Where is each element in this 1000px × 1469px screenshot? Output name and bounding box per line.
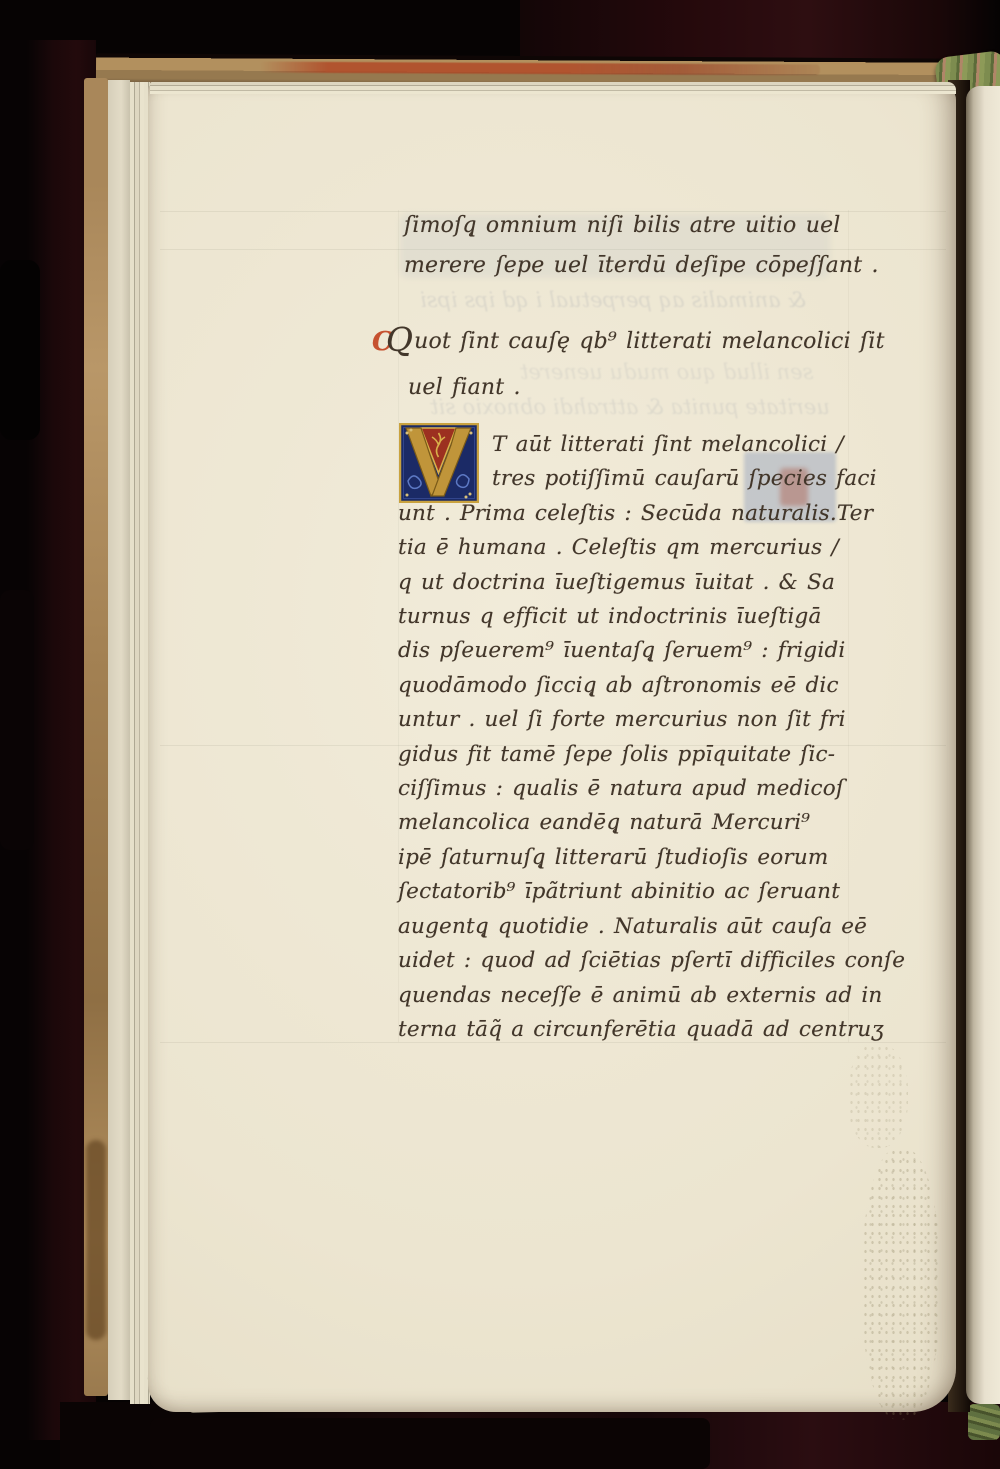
foxing-speckles — [848, 1044, 908, 1148]
body-line: turnus q efficit ut indoctrinis īueſtigā — [398, 600, 905, 634]
rubric-initial-q: Q — [386, 317, 413, 363]
body-line: tres potiſſimū cauſarū ſpecies faci — [398, 462, 905, 496]
manuscript-photo: & animalis aq perpetual i qd ips ipsi se… — [0, 0, 1000, 1469]
body-line: unt . Prima celeſtis : Secūda naturalis.… — [398, 497, 905, 531]
body-line: ſectatorib⁹ īpãtriunt abinitio ac ſeruan… — [398, 875, 905, 909]
tailband — [968, 1404, 1000, 1440]
opening-text-block: ſimoſq̨ omnium niſi bilis atre uitio uel… — [404, 206, 879, 286]
body-line: terna tāq̃ a circunferētia quadā ad cent… — [398, 1013, 905, 1047]
showthrough-text: & animalis aq perpetual i qd ips ipsi — [420, 288, 806, 312]
body-line: melancolica eandēq̨ naturā Mercuri⁹ — [398, 806, 905, 840]
rubric-line: CQuot ſint cauſę qb⁹ litterati melancoli… — [372, 314, 885, 365]
chapter-rubric: CQuot ſint cauſę qb⁹ litterati melancoli… — [372, 314, 885, 411]
page-edge-stack — [108, 80, 130, 1400]
body-line: T aūt litterati ſint melancolici / — [398, 428, 905, 462]
body-line: tia ē humana . Celeſtis qm mercurius / — [398, 531, 905, 565]
body-line: quendas neceſſe ē animū ab externis ad i… — [398, 979, 905, 1013]
body-line: dis pſeuerem⁹ īuentaſq̨ ſeruem⁹ : frigid… — [398, 634, 905, 668]
body-line: uidet : quod ad ſciētias pſertī difficil… — [398, 944, 905, 978]
body-line: ipē ſaturnuſq̨ litterarū ſtudioſis eorum — [398, 841, 905, 875]
body-line: q ut doctrina īueſtigemus īuitat . & Sa — [398, 566, 905, 600]
rubric-text: uot ſint cauſę qb⁹ litterati melancolici… — [414, 329, 884, 354]
text-line: ſimoſq̨ omnium niſi bilis atre uitio uel — [404, 206, 879, 246]
edge-stain — [86, 1140, 106, 1340]
rubric-line: uel fiant . — [408, 365, 885, 411]
page-edge-stack — [130, 82, 150, 1404]
body-line: untur . uel ſi forte mercurius non ſit f… — [398, 703, 905, 737]
body-line: gidus fit tamē ſepe ſolis ppīquitate ſic… — [398, 738, 905, 772]
text-line: merere ſepe uel īterdū deſipe cōpeſſant … — [404, 246, 879, 286]
body-line: quodāmodo ſicciq̨ ab aſtronomis eē dic — [398, 669, 905, 703]
body-text-block: T aūt litterati ſint melancolici / tres … — [398, 428, 905, 1047]
stacked-top-edges — [150, 82, 956, 94]
binding-shadow — [150, 1418, 710, 1469]
body-line: ciſſimus : qualis ē natura apud medicoſ — [398, 772, 905, 806]
facing-page-sliver — [966, 86, 1000, 1404]
binding-shadow — [0, 590, 34, 850]
binding-shadow — [0, 260, 40, 440]
foxing-speckles — [862, 1148, 940, 1420]
body-line: augentq̨ quotidie . Naturalis aūt cauſa … — [398, 910, 905, 944]
